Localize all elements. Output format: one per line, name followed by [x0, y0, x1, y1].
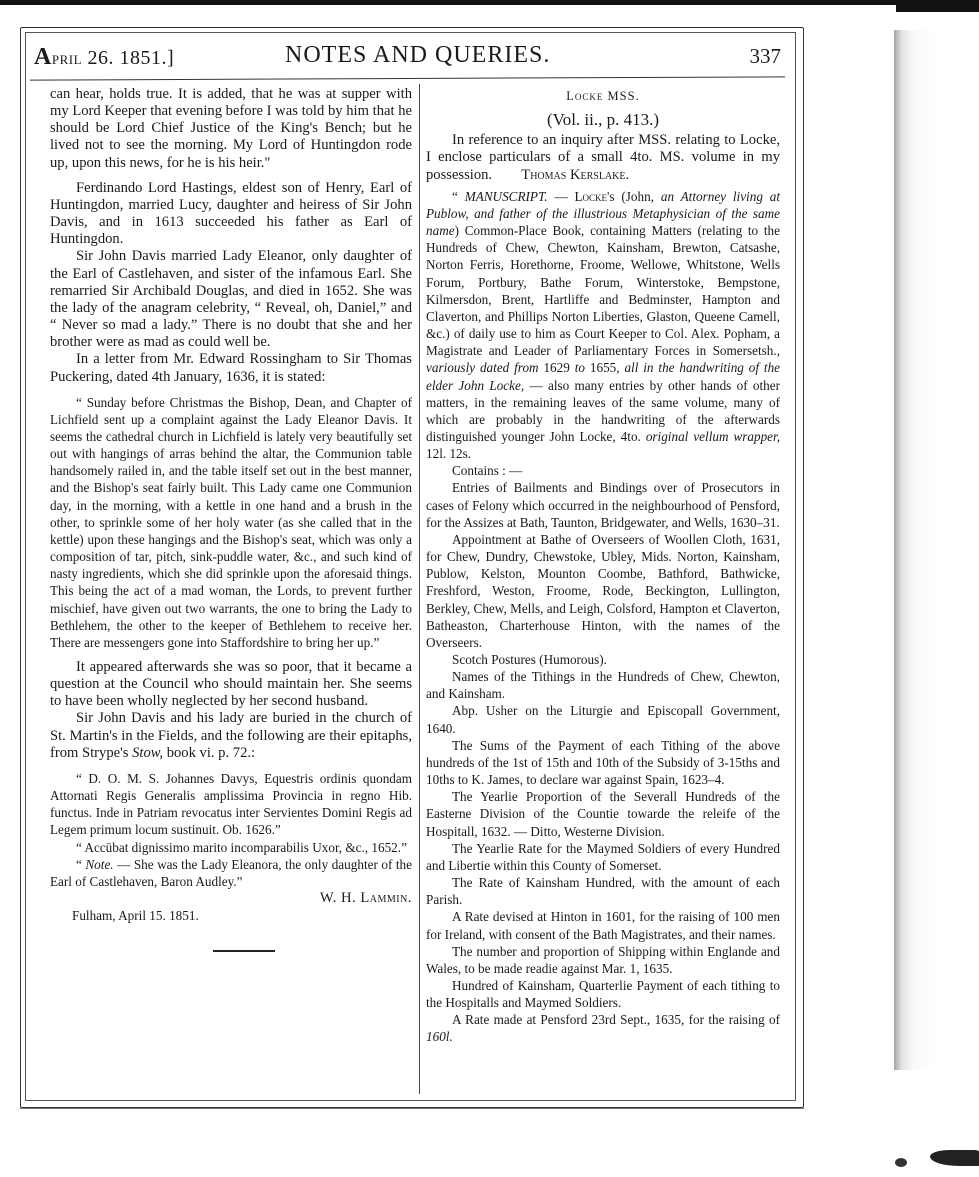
list-item: The Rate of Kainsham Hundred, with the a… [426, 874, 780, 908]
list-item: Appointment at Bathe of Overseers of Woo… [426, 531, 780, 651]
column-divider [419, 84, 420, 1094]
list-item: The number and proportion of Shipping wi… [426, 943, 780, 977]
scan-top-edge-right [896, 0, 979, 12]
journal-title: NOTES AND QUERIES. [285, 42, 550, 69]
list-item: Names of the Tithings in the Hundreds of… [426, 668, 780, 702]
list-item: Entries of Bailments and Bindings over o… [426, 479, 780, 530]
header-date: April 26. 1851.] [34, 44, 174, 71]
scan-speck [895, 1158, 907, 1167]
paragraph: Ferdinando Lord Hastings, eldest son of … [50, 180, 412, 249]
page-number: 337 [750, 44, 782, 69]
page-bottom-rule [20, 1108, 804, 1109]
paragraph: Sir John Davis and his lady are buried i… [50, 710, 412, 761]
right-column: Locke MSS. (Vol. ii., p. 413.) In refere… [426, 86, 780, 1046]
catalogue-entry: “ MANUSCRIPT. — Locke's (John, an Attorn… [426, 188, 780, 463]
list-item: Hundred of Kainsham, Quarterlie Payment … [426, 977, 780, 1011]
place-date: Fulham, April 15. 1851. [50, 907, 412, 924]
epitaph: “ Accūbat dignissimo marito incomparabil… [50, 839, 412, 856]
list-item: Abp. Usher on the Liturgie and Episcopal… [426, 702, 780, 736]
list-item: Scotch Postures (Humorous). [426, 651, 780, 668]
scan-smudge [930, 1150, 979, 1166]
paragraph: can hear, holds true. It is added, that … [50, 86, 412, 172]
list-item: The Yearlie Proportion of the Severall H… [426, 788, 780, 839]
paragraph: It appeared afterwards she was so poor, … [50, 659, 412, 710]
list-item: The Sums of the Payment of each Tithing … [426, 737, 780, 788]
list-item: A Rate made at Pensford 23rd Sept., 1635… [426, 1011, 780, 1045]
book-title: Stow, [132, 745, 163, 761]
list-item: The Yearlie Rate for the Maymed Soldiers… [426, 840, 780, 874]
paragraph: In a letter from Mr. Edward Rossingham t… [50, 351, 412, 385]
contains-label: Contains : — [426, 462, 780, 479]
paragraph: In reference to an inquiry after MSS. re… [426, 132, 780, 183]
epitaph: “ D. O. M. S. Johannes Davys, Equestris … [50, 770, 412, 839]
running-header: April 26. 1851.] NOTES AND QUERIES. 337 [30, 38, 785, 78]
block-quote: “ Sunday before Christmas the Bishop, De… [50, 394, 412, 651]
signature: Thomas Kerslake. [521, 167, 629, 183]
section-end-rule [213, 950, 275, 952]
note: “ Note. — She was the Lady Eleanora, the… [50, 856, 412, 890]
scan-top-edge [0, 0, 979, 5]
book-gutter-shadow [894, 30, 934, 1070]
section-reference: (Vol. ii., p. 413.) [426, 111, 780, 128]
signature: W. H. Lammin. [50, 890, 412, 907]
left-column: can hear, holds true. It is added, that … [50, 86, 412, 952]
list-item: A Rate devised at Hinton in 1601, for th… [426, 908, 780, 942]
paragraph: Sir John Davis married Lady Eleanor, onl… [50, 248, 412, 351]
section-title: Locke MSS. [426, 88, 780, 105]
